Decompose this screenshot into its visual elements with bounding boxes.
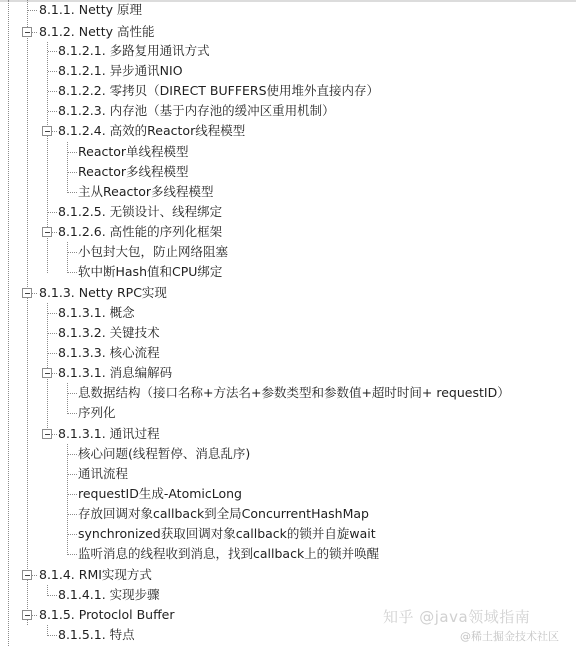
collapse-icon[interactable] — [42, 126, 52, 136]
tree-item-label[interactable]: 监听消息的线程收到消息，找到callback上的锁并唤醒 — [78, 544, 379, 564]
collapse-icon[interactable] — [42, 227, 52, 237]
tree-item-label[interactable]: 8.1.2.6. 高性能的序列化框架 — [58, 222, 222, 242]
tree-line-level3-b — [67, 242, 68, 273]
collapse-icon[interactable] — [42, 429, 52, 439]
tree-item-label[interactable]: 小包封大包，防止网络阻塞 — [78, 242, 228, 262]
tree-item-label[interactable]: 8.1.3.2. 关键技术 — [58, 323, 160, 343]
tree-item-label[interactable]: 核心问题(线程暂停、消息乱序) — [78, 444, 250, 464]
outline-tree: 8.1.1. Netty 原理 8.1.2. Netty 高性能 8.1.2.1… — [0, 0, 576, 646]
watermark-secondary: @稀土掘金技术社区 — [460, 628, 559, 644]
tree-item-label[interactable]: 8.1.3.1. 消息编解码 — [58, 363, 172, 383]
tree-item-label[interactable]: 8.1.3.3. 核心流程 — [58, 343, 160, 363]
tree-item-label[interactable]: Reactor多线程模型 — [78, 162, 189, 182]
tree-item-label[interactable]: 8.1.3. Netty RPC实现 — [39, 283, 167, 303]
tree-item-label[interactable]: 8.1.3.1. 概念 — [58, 303, 135, 323]
collapse-icon[interactable] — [22, 27, 32, 37]
tree-item-label[interactable]: 8.1.2.4. 高效的Reactor线程模型 — [58, 121, 245, 141]
tree-item-label[interactable]: requestID生成-AtomicLong — [78, 484, 242, 504]
tree-line-level3-a — [67, 142, 68, 193]
tree-item-label[interactable]: 8.1.2.1. 异步通讯NIO — [58, 61, 183, 81]
tree-item-label[interactable]: 通讯流程 — [78, 464, 128, 484]
tree-item-label[interactable]: 8.1.5.1. 特点 — [58, 625, 135, 645]
tree-item-label[interactable]: 8.1.2. Netty 高性能 — [39, 22, 154, 42]
tree-item-label[interactable]: Reactor单线程模型 — [78, 142, 189, 162]
tree-line-level1 — [27, 0, 28, 625]
tree-item-label[interactable]: 存放回调对象callback到全局ConcurrentHashMap — [78, 504, 369, 524]
tree-item-label[interactable]: 8.1.2.2. 零拷贝（DIRECT BUFFERS使用堆外直接内存） — [58, 81, 379, 101]
tree-item-label[interactable]: 8.1.2.5. 无锁设计、线程绑定 — [58, 202, 222, 222]
tree-item-label[interactable]: 息数据结构（接口名称+方法名+参数类型和参数值+超时时间+ requestID） — [78, 383, 510, 403]
collapse-icon[interactable] — [22, 288, 32, 298]
tree-item-label[interactable]: 软中断Hash值和CPU绑定 — [78, 262, 222, 282]
tree-line-level3-c — [67, 383, 68, 414]
tree-item-label[interactable]: synchronized获取回调对象callback的锁并自旋wait — [78, 524, 376, 544]
tree-item-label[interactable]: 序列化 — [78, 403, 116, 423]
tree-item-label[interactable]: 8.1.2.1. 多路复用通讯方式 — [58, 41, 210, 61]
tree-item-label[interactable]: 8.1.3.1. 通讯过程 — [58, 424, 160, 444]
tree-item-label[interactable]: 主从Reactor多线程模型 — [78, 182, 214, 202]
tree-line-level3-d — [67, 444, 68, 555]
tree-item-label[interactable]: 8.1.5. Protoclol Buffer — [39, 605, 175, 625]
tree-item-label[interactable]: 8.1.4. RMI实现方式 — [39, 565, 152, 585]
watermark-primary: 知乎 @java领域指南 — [383, 606, 530, 627]
tree-item-label[interactable]: 8.1.4.1. 实现步骤 — [58, 585, 160, 605]
tree-item-label[interactable]: 8.1.1. Netty 原理 — [39, 0, 142, 20]
tree-item-label[interactable]: 8.1.2.3. 内存池（基于内存池的缓冲区重用机制） — [58, 101, 335, 121]
tree-line-level2-a — [47, 42, 48, 273]
collapse-icon[interactable] — [22, 610, 32, 620]
collapse-icon[interactable] — [22, 570, 32, 580]
collapse-icon[interactable] — [42, 368, 52, 378]
